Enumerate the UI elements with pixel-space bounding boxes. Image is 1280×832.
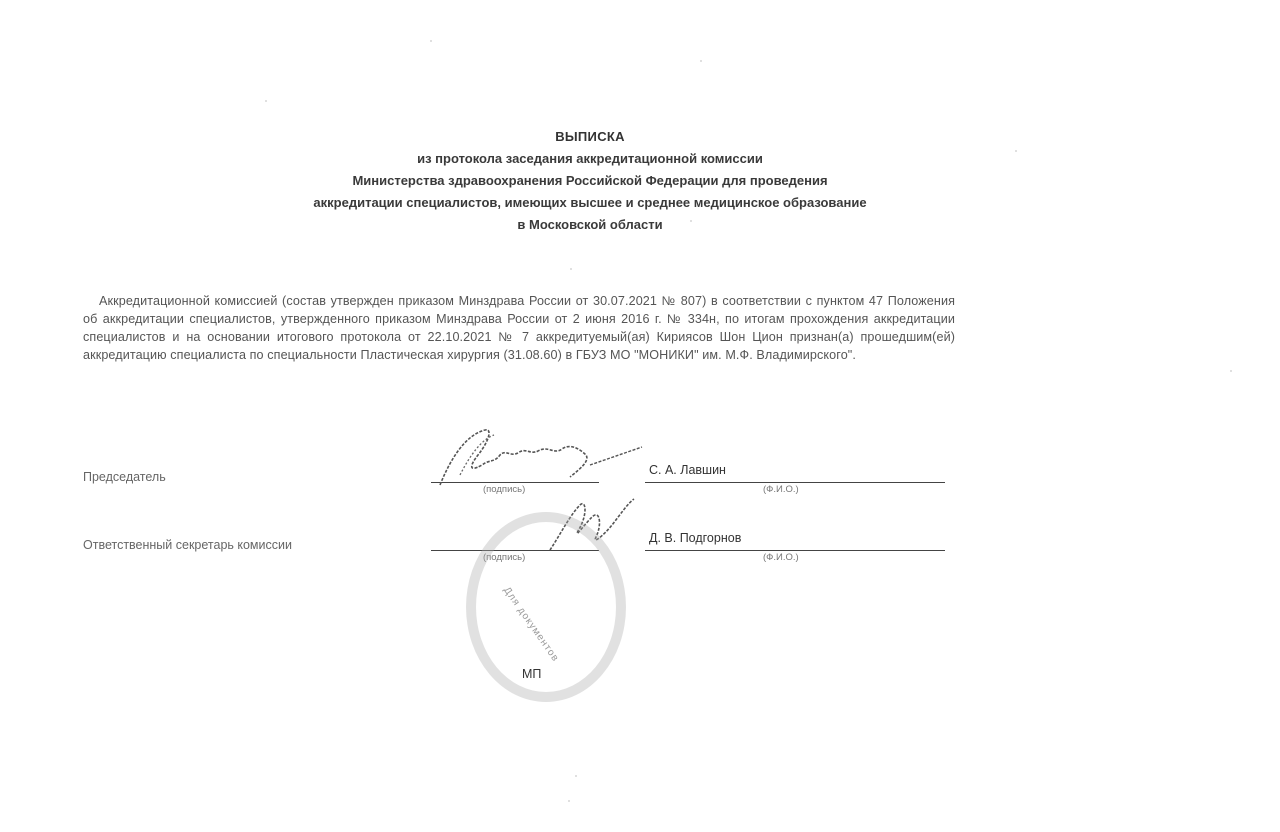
chairman-signature-icon xyxy=(430,425,650,490)
scan-speck xyxy=(1015,150,1017,152)
signatory-role: Председатель xyxy=(83,470,166,484)
scan-speck xyxy=(568,800,570,802)
scan-speck xyxy=(265,100,267,102)
stamp-place-label: МП xyxy=(522,667,541,681)
scan-speck xyxy=(430,40,432,42)
name-line xyxy=(645,480,945,483)
scan-speck xyxy=(700,60,702,62)
subtitle-line-2: Министерства здравоохранения Российской … xyxy=(160,170,1020,192)
subtitle-line-4: в Московской области xyxy=(160,214,1020,236)
subtitle-line-3: аккредитации специалистов, имеющих высше… xyxy=(160,192,1020,214)
scan-speck xyxy=(690,220,692,222)
signatory-name: С. А. Лавшин xyxy=(649,463,726,477)
signatory-role: Ответственный секретарь комиссии xyxy=(83,538,292,552)
name-line xyxy=(645,548,945,551)
subtitle-line-1: из протокола заседания аккредитационной … xyxy=(160,148,1020,170)
document-page: ВЫПИСКА из протокола заседания аккредита… xyxy=(0,0,1280,832)
name-caption: (Ф.И.О.) xyxy=(763,484,799,495)
document-title: ВЫПИСКА xyxy=(160,126,1020,148)
official-stamp xyxy=(466,512,626,702)
scan-speck xyxy=(570,268,572,270)
document-header: ВЫПИСКА из протокола заседания аккредита… xyxy=(160,126,1020,236)
signatory-name: Д. В. Подгорнов xyxy=(649,531,741,545)
name-caption: (Ф.И.О.) xyxy=(763,552,799,563)
document-body: Аккредитационной комиссией (состав утвер… xyxy=(83,292,955,364)
scan-speck xyxy=(1230,370,1232,372)
scan-speck xyxy=(575,775,577,777)
